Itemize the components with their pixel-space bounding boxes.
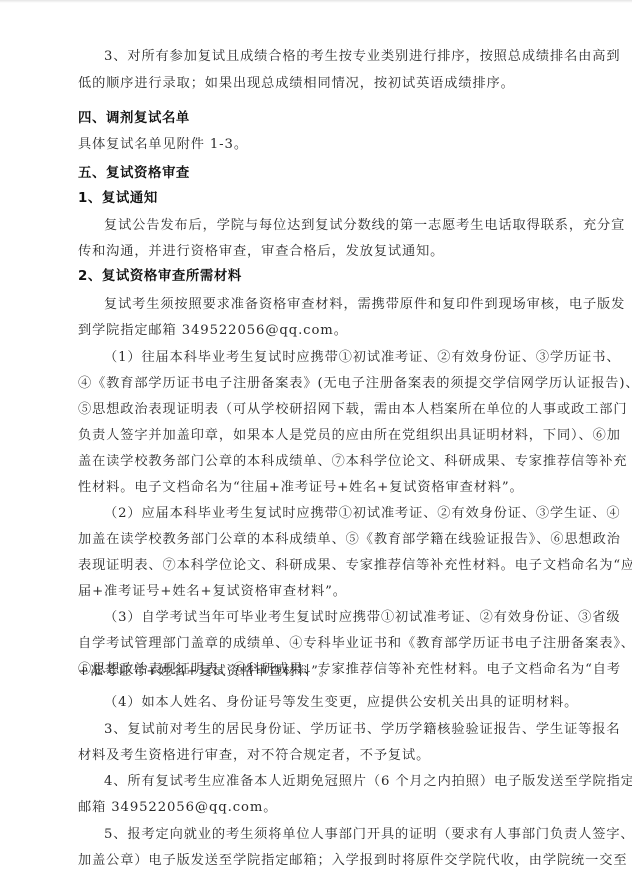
- section-heading: 五、复试资格审查: [78, 165, 572, 183]
- paragraph-line: 负责人签字并加盖印章，如果本人是党员的应由所在党组织出具证明材料，下同）、⑥加: [78, 427, 572, 445]
- paragraph-line: 低的顺序进行录取；如果出现总成绩相同情况，按初试英语成绩排序。: [78, 75, 572, 93]
- section-heading: 2、复试资格审查所需材料: [78, 268, 572, 286]
- paragraph-line: 材料及考生资格进行审查，对不符合规定者，不予复试。: [78, 747, 572, 765]
- page-top-edge: [0, 0, 632, 3]
- paragraph-line: 到学院指定邮箱 349522056@qq.com。: [78, 322, 572, 340]
- paragraph-line: 加盖公章）电子版发送至学院指定邮箱；入学报到时将原件交学院代收，由学院统一交至: [78, 852, 572, 870]
- paragraph-line: 表现证明表、⑦本科学位论文、科研成果、专家推荐信等补充性材料。电子文档命名为“应: [78, 557, 572, 575]
- paragraph-line: ④《教育部学历证书电子注册备案表》(无电子注册备案表的须提交学信网学历认证报告)…: [78, 375, 572, 393]
- paragraph-line: 5、报考定向就业的考生须将单位人事部门开具的证明（要求有人事部门负责人签字、: [104, 826, 572, 844]
- paragraph-line: 届+准考证号+姓名+复试资格审查材料”。: [78, 583, 572, 601]
- section-heading: 四、调剂复试名单: [78, 110, 572, 128]
- paragraph-line: 3、复试前对考生的居民身份证、学历证书、学历学籍核验验证报告、学生证等报名: [104, 721, 572, 739]
- paragraph-line: 自学考试管理部门盖章的成绩单、④专科毕业证书和《教育部学历证书电子注册备案表》、: [78, 635, 572, 653]
- paragraph-line: 复试公告发布后，学院与每位达到复试分数线的第一志愿考生电话取得联系，充分宣: [104, 217, 572, 235]
- paragraph-line: 邮箱 349522056@qq.com。: [78, 799, 572, 817]
- paragraph-line: 性材料。电子文档命名为“往届+准考证号+姓名+复试资格审查材料”。: [78, 479, 572, 497]
- section-heading: 1、复试通知: [78, 190, 572, 208]
- paragraph-line: 3、对所有参加复试且成绩合格的考生按专业类别进行排序，按照总成绩排名由高到: [104, 48, 572, 66]
- paragraph-line: （4）如本人姓名、身份证号等发生变更，应提供公安机关出具的证明材料。: [104, 694, 572, 712]
- paragraph-line: 4、所有复试考生应准备本人近期免冠照片（6 个月之内拍照）电子版发送至学院指定: [104, 773, 572, 791]
- paragraph-line: 具体复试名单见附件 1-3。: [78, 136, 572, 154]
- paragraph-line: （1）往届本科毕业考生复试时应携带①初试准考证、②有效身份证、③学历证书、: [104, 349, 572, 367]
- paragraph-line: 加盖在读学校教务部门公章的本科成绩单、⑤《教育部学籍在线验证报告》、⑥思想政治: [78, 531, 572, 549]
- paragraph-line: +准考证号+姓名+复试资格审查材料”。: [78, 663, 572, 681]
- paragraph-line: （2）应届本科毕业考生复试时应携带①初试准考证、②有效身份证、③学生证、④: [104, 505, 572, 523]
- paragraph-line: ⑤思想政治表现证明表（可从学校研招网下载，需由本人档案所在单位的人事或政工部门: [78, 401, 572, 419]
- paragraph-line: 传和沟通，并进行资格审查，审查合格后，发放复试通知。: [78, 243, 572, 261]
- paragraph-line: 盖在读学校教务部门公章的本科成绩单、⑦本科学位论文、科研成果、专家推荐信等补充: [78, 453, 572, 471]
- paragraph-line: 复试考生须按照要求准备资格审查材料，需携带原件和复印件到现场审核，电子版发: [104, 296, 572, 314]
- paragraph-line: （3）自学考试当年可毕业考生复试时应携带①初试准考证、②有效身份证、③省级: [104, 609, 572, 627]
